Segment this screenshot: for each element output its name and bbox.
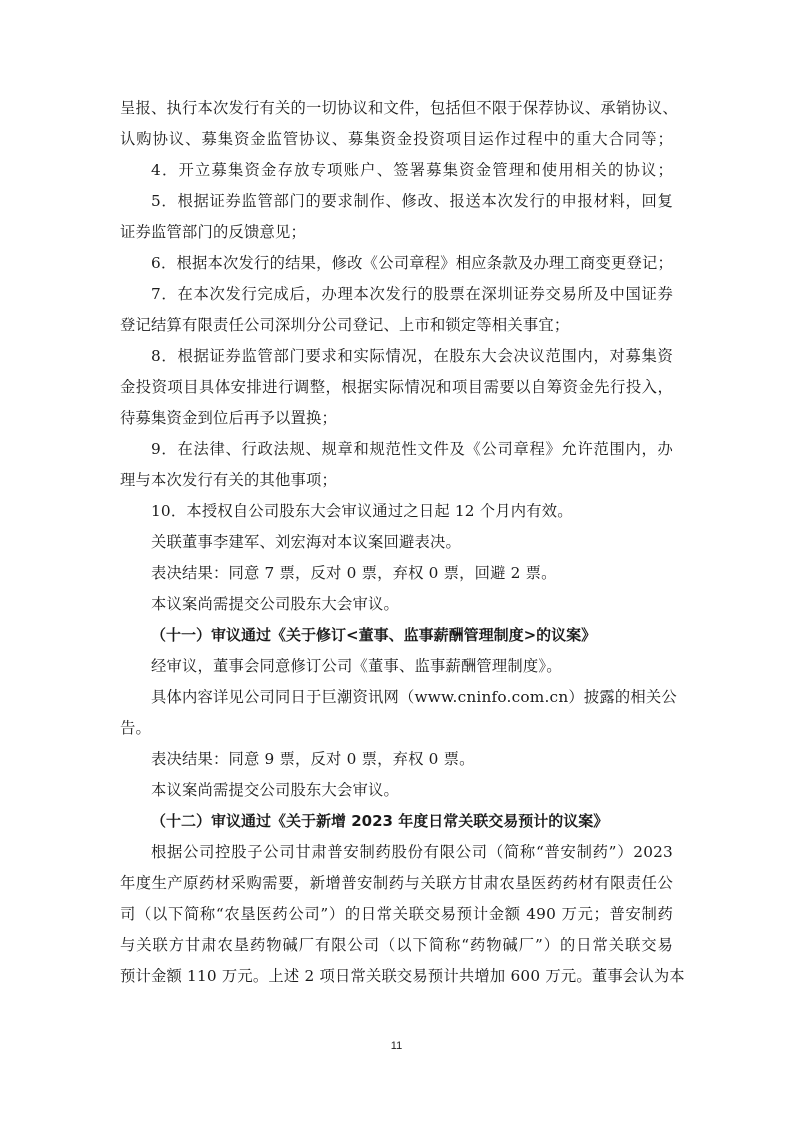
shareholder-review-note: 本议案尚需提交公司股东大会审议。 — [120, 589, 673, 620]
paragraph-line: 具体内容详见公司同日于巨潮资讯网（www.cninfo.com.cn）披露的相关… — [120, 682, 673, 713]
paragraph-line: 待募集资金到位后再予以置换； — [120, 403, 673, 434]
paragraph-line: 认购协议、募集资金监管协议、募集资金投资项目运作过程中的重大合同等； — [120, 124, 673, 155]
list-item-9: 9．在法律、行政法规、规章和规范性文件及《公司章程》允许范围内，办 — [120, 434, 673, 465]
vote-result: 表决结果：同意 7 票，反对 0 票，弃权 0 票，回避 2 票。 — [120, 558, 673, 589]
paragraph-line: 理与本次发行有关的其他事项； — [120, 465, 673, 496]
list-item-5: 5．根据证券监管部门的要求制作、修改、报送本次发行的申报材料，回复 — [120, 186, 673, 217]
shareholder-review-note: 本议案尚需提交公司股东大会审议。 — [120, 775, 673, 806]
paragraph-line: 金投资项目具体安排进行调整，根据实际情况和项目需要以自筹资金先行投入， — [120, 372, 673, 403]
recusal-statement: 关联董事李建军、刘宏海对本议案回避表决。 — [120, 527, 673, 558]
section-heading-11: （十一）审议通过《关于修订<董事、监事薪酬管理制度>的议案》 — [120, 620, 673, 651]
list-item-10: 10．本授权自公司股东大会审议通过之日起 12 个月内有效。 — [120, 496, 673, 527]
paragraph-line: 预计金额 110 万元。上述 2 项日常关联交易预计共增加 600 万元。董事会… — [120, 961, 673, 992]
list-item-4: 4．开立募集资金存放专项账户、签署募集资金管理和使用相关的协议； — [120, 155, 673, 186]
paragraph-line: 登记结算有限责任公司深圳分公司登记、上市和锁定等相关事宜； — [120, 310, 673, 341]
paragraph-line: 年度生产原药材采购需要，新增普安制药与关联方甘肃农垦医药药材有限责任公 — [120, 868, 673, 899]
paragraph-line: 与关联方甘肃农垦药物碱厂有限公司（以下简称“药物碱厂”）的日常关联交易 — [120, 930, 673, 961]
page-number: 11 — [0, 1040, 793, 1052]
paragraph-line: 证券监管部门的反馈意见； — [120, 217, 673, 248]
list-item-6: 6．根据本次发行的结果，修改《公司章程》相应条款及办理工商变更登记； — [120, 248, 673, 279]
list-item-7: 7．在本次发行完成后，办理本次发行的股票在深圳证券交易所及中国证券 — [120, 279, 673, 310]
paragraph-line: 根据公司控股子公司甘肃普安制药股份有限公司（简称“普安制药”）2023 — [120, 837, 673, 868]
list-item-8: 8．根据证券监管部门要求和实际情况，在股东大会决议范围内，对募集资 — [120, 341, 673, 372]
paragraph-line: 司（以下简称“农垦医药公司”）的日常关联交易预计金额 490 万元；普安制药 — [120, 899, 673, 930]
section-heading-12: （十二）审议通过《关于新增 2023 年度日常关联交易预计的议案》 — [120, 806, 673, 837]
paragraph-line: 告。 — [120, 713, 673, 744]
paragraph-line: 经审议，董事会同意修订公司《董事、监事薪酬管理制度》。 — [120, 651, 673, 682]
document-page: 呈报、执行本次发行有关的一切协议和文件，包括但不限于保荐协议、承销协议、 认购协… — [120, 93, 673, 992]
paragraph-line: 呈报、执行本次发行有关的一切协议和文件，包括但不限于保荐协议、承销协议、 — [120, 93, 673, 124]
vote-result: 表决结果：同意 9 票，反对 0 票，弃权 0 票。 — [120, 744, 673, 775]
